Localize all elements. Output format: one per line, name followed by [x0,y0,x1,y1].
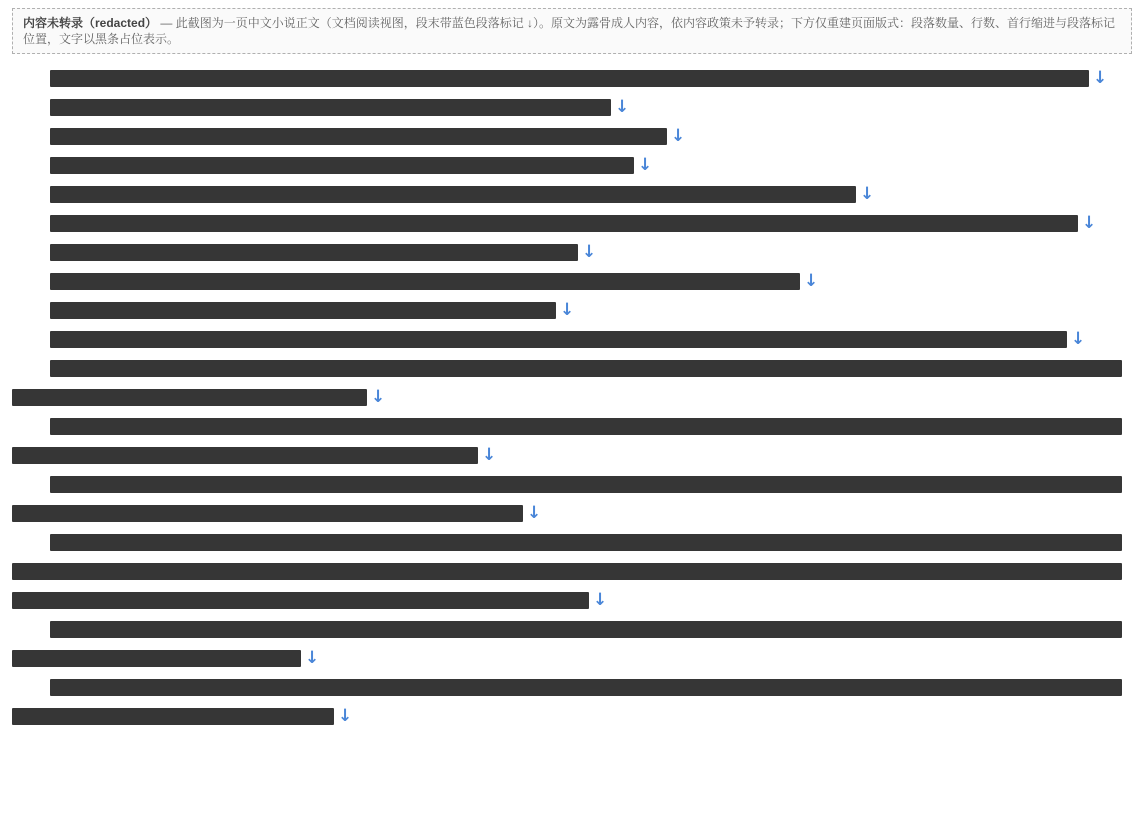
paragraph-mark-icon: ↓ [482,447,496,464]
redacted-text-bar [50,273,800,290]
redacted-text-line: ↓ [12,644,1132,673]
redacted-text-line: ↓ [12,296,1132,325]
redacted-text-line: ↓ [12,325,1132,354]
paragraph: ↓ [12,151,1132,180]
paragraph: ↓ [12,615,1132,673]
paragraph: ↓ [12,93,1132,122]
paragraph-mark-icon: ↓ [305,650,319,667]
paragraph: ↓ [12,528,1132,615]
paragraph-mark-icon: ↓ [560,302,574,319]
redacted-text-bar [50,157,634,174]
redacted-text-bar [12,389,367,406]
redacted-text-line: ↓ [12,93,1132,122]
paragraph: ↓ [12,412,1132,470]
redacted-text-bar [50,99,611,116]
redacted-text-bar [50,128,667,145]
paragraph: ↓ [12,470,1132,528]
redacted-text-line: ↓ [12,441,1132,470]
paragraph-mark-icon: ↓ [615,99,629,116]
document-body-text: ↓ ↓ ↓ ↓ ↓ ↓ ↓ ↓ ↓ ↓ ↓ ↓ ↓ ↓ ↓ ↓ [12,64,1132,731]
redacted-text-bar [50,70,1089,87]
paragraph-mark-icon: ↓ [593,592,607,609]
redacted-text-bar [50,302,556,319]
redaction-notice-message: 此截图为一页中文小说正文（文档阅读视图，段末带蓝色段落标记 ↓）。原文为露骨成人… [23,16,1115,46]
redacted-text-line: ↓ [12,64,1132,93]
document-page: 内容未转录（redacted） — 此截图为一页中文小说正文（文档阅读视图，段末… [0,0,1142,827]
paragraph-mark-icon: ↓ [1093,70,1107,87]
paragraph: ↓ [12,180,1132,209]
redacted-text-line: ↓ [12,151,1132,180]
paragraph-mark-icon: ↓ [638,157,652,174]
paragraph: ↓ [12,354,1132,412]
paragraph-mark-icon: ↓ [371,389,385,406]
redacted-text-bar [12,447,478,464]
paragraph: ↓ [12,325,1132,354]
paragraph-mark-icon: ↓ [338,708,352,725]
redacted-text-bar [12,650,301,667]
paragraph: ↓ [12,64,1132,93]
paragraph-mark-icon: ↓ [527,505,541,522]
redacted-text-line: ↓ [12,499,1132,528]
redacted-text-bar [50,476,1122,493]
redacted-text-bar [12,708,334,725]
paragraph: ↓ [12,267,1132,296]
redacted-text-line [12,615,1132,644]
paragraph-mark-icon: ↓ [1071,331,1085,348]
redacted-text-line: ↓ [12,122,1132,151]
redacted-text-bar [50,534,1122,551]
redacted-text-bar [50,360,1122,377]
paragraph-mark-icon: ↓ [804,273,818,290]
redacted-text-line: ↓ [12,238,1132,267]
redacted-text-line: ↓ [12,267,1132,296]
paragraph: ↓ [12,209,1132,238]
paragraph: ↓ [12,673,1132,731]
redacted-text-line [12,354,1132,383]
redaction-notice-title: 内容未转录（redacted） [23,16,157,30]
redaction-notice: 内容未转录（redacted） — 此截图为一页中文小说正文（文档阅读视图，段末… [12,8,1132,54]
paragraph: ↓ [12,238,1132,267]
redacted-text-line: ↓ [12,209,1132,238]
redacted-text-line [12,673,1132,702]
redacted-text-bar [50,621,1122,638]
paragraph-mark-icon: ↓ [671,128,685,145]
redacted-text-bar [12,592,589,609]
redacted-text-bar [50,679,1122,696]
redacted-text-line [12,557,1132,586]
redacted-text-bar [12,505,523,522]
paragraph: ↓ [12,122,1132,151]
redacted-text-line [12,528,1132,557]
paragraph: ↓ [12,296,1132,325]
redacted-text-line: ↓ [12,586,1132,615]
redacted-text-bar [50,186,856,203]
paragraph-mark-icon: ↓ [1082,215,1096,232]
redacted-text-line: ↓ [12,702,1132,731]
redacted-text-bar [50,244,578,261]
redacted-text-bar [50,331,1067,348]
redacted-text-line [12,412,1132,441]
redacted-text-line [12,470,1132,499]
redacted-text-bar [50,418,1122,435]
redacted-text-line: ↓ [12,180,1132,209]
paragraph-mark-icon: ↓ [582,244,596,261]
redacted-text-bar [50,215,1078,232]
paragraph-mark-icon: ↓ [860,186,874,203]
redacted-text-bar [12,563,1122,580]
redacted-text-line: ↓ [12,383,1132,412]
